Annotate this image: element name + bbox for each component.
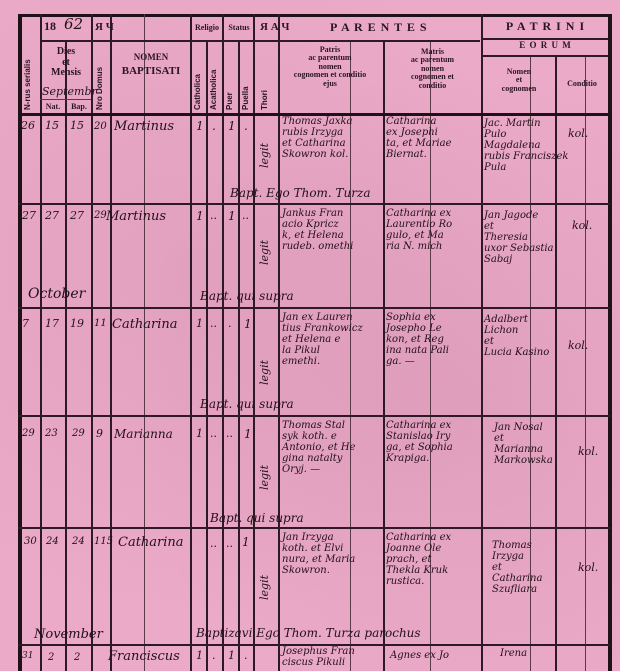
father-info: Jan Irzyga koth. et Elvi nura, et Maria … bbox=[282, 532, 355, 576]
baptisati-label: BAPTISATI bbox=[112, 66, 190, 78]
serial-number: 30 bbox=[24, 536, 37, 547]
catholica-label: Catholica bbox=[193, 72, 202, 110]
birth-day: 23 bbox=[45, 428, 58, 439]
row-separator bbox=[18, 307, 610, 309]
patrini-nomen-label: Nomen et cognomen bbox=[483, 68, 555, 93]
thori-legit: legit bbox=[258, 345, 271, 385]
house-number: 20 bbox=[94, 121, 107, 132]
month-september: Septembr bbox=[42, 86, 97, 98]
baptism-note: Bapt. qui supra bbox=[210, 512, 304, 525]
baptism-day: 19 bbox=[70, 318, 84, 330]
header-cyrillic-left: Я Ч bbox=[95, 22, 114, 34]
month-label: November bbox=[34, 628, 103, 642]
acatholica-label: Acatholica bbox=[209, 66, 218, 110]
baptism-register-page: 18 62 Я Ч Dies et Mensis Septembr Nat. B… bbox=[0, 0, 620, 671]
col-divider bbox=[206, 40, 208, 671]
child-name: Franciscus bbox=[108, 650, 180, 664]
godparent-condition: kol. bbox=[568, 340, 588, 352]
serial-number: 26 bbox=[21, 120, 35, 132]
year-handwritten: 62 bbox=[64, 16, 83, 33]
baptism-note: Baptizavi Ego Thom. Turza parochus bbox=[196, 627, 421, 640]
nomen-label: NOMEN bbox=[112, 53, 190, 62]
year-prefix: 18 bbox=[44, 20, 56, 33]
godparents-names: Jan Jagode et Theresia uxor Sebastia Sab… bbox=[484, 210, 554, 265]
house-number: 11 bbox=[94, 318, 107, 329]
godparent-condition: kol. bbox=[578, 446, 598, 458]
puer-mark: 1 bbox=[228, 210, 236, 223]
month-label: October bbox=[28, 287, 85, 302]
nat-label: Nat. bbox=[42, 103, 64, 111]
puella-mark: 1 bbox=[244, 428, 252, 441]
catholica-mark: 1 bbox=[196, 120, 204, 133]
baptism-note: Bapt. qui supra bbox=[200, 290, 294, 303]
birth-day: 2 bbox=[48, 652, 54, 663]
thori-label: Thori bbox=[260, 86, 269, 110]
puer-mark: .. bbox=[226, 428, 233, 440]
birth-day: 17 bbox=[45, 318, 59, 330]
catholica-mark: 1 bbox=[196, 428, 203, 440]
baptism-day: 27 bbox=[70, 210, 84, 222]
status-label: Status bbox=[224, 24, 254, 32]
header-row-divider bbox=[481, 55, 608, 57]
col-divider bbox=[383, 40, 385, 671]
catholica-mark: 1 bbox=[196, 210, 204, 223]
col-divider bbox=[585, 55, 586, 671]
col-divider bbox=[238, 40, 240, 671]
catholica-mark: 1 bbox=[196, 650, 203, 662]
puer-mark: 1 bbox=[228, 120, 236, 133]
father-info: Jan ex Lauren tius Frankowicz et Helena … bbox=[282, 312, 363, 367]
acatholica-mark: .. bbox=[210, 210, 217, 222]
patrini-heading: P A T R I N I bbox=[483, 20, 608, 33]
parentes-cyrillic: Я А Ч bbox=[260, 22, 289, 34]
puella-mark: . bbox=[244, 650, 248, 662]
acatholica-mark: .. bbox=[210, 538, 217, 550]
puer-mark: .. bbox=[226, 538, 233, 550]
acatholica-mark: . bbox=[212, 120, 216, 133]
child-name: Catharina bbox=[112, 318, 178, 332]
acatholica-mark: .. bbox=[210, 428, 217, 440]
bap-label: Bap. bbox=[67, 103, 91, 111]
puella-mark: 1 bbox=[244, 318, 252, 331]
godparent-condition: kol. bbox=[568, 128, 588, 140]
parentes-heading: P A R E N T E S bbox=[330, 21, 428, 34]
catholica-mark: 1 bbox=[196, 318, 203, 330]
baptism-day: 29 bbox=[72, 428, 85, 439]
thori-legit: legit bbox=[258, 560, 271, 600]
baptism-day: 15 bbox=[70, 120, 84, 132]
puer-label: Puer bbox=[225, 88, 234, 110]
patrini-conditio-label: Conditio bbox=[556, 80, 608, 88]
religio-label: Religio bbox=[192, 24, 222, 32]
thori-legit: legit bbox=[258, 225, 271, 265]
thori-legit: legit bbox=[258, 128, 271, 168]
mother-info: Agnes ex Jo bbox=[390, 650, 449, 661]
row-separator bbox=[18, 203, 610, 205]
baptism-day: 24 bbox=[72, 536, 85, 547]
baptism-day: 2 bbox=[74, 652, 80, 663]
serial-number: 31 bbox=[22, 652, 33, 662]
serial-number: 7 bbox=[22, 318, 29, 330]
puella-mark: . bbox=[244, 120, 248, 133]
child-name: Marianna bbox=[114, 428, 173, 441]
thori-legit: legit bbox=[258, 450, 271, 490]
puella-mark: .. bbox=[242, 210, 249, 222]
mother-info: Sophia ex Josepho Le kon, et Reg ina nat… bbox=[386, 312, 449, 367]
acatholica-mark: . bbox=[212, 650, 216, 662]
matris-label: Matris ac parentum nomen cognomen et con… bbox=[385, 48, 480, 90]
godparents-names: Irena bbox=[500, 648, 527, 659]
row-separator bbox=[18, 415, 610, 417]
birth-day: 15 bbox=[45, 120, 59, 132]
child-name: Catharina bbox=[118, 536, 184, 550]
father-info: Josephus Fran ciscus Pikuli bbox=[282, 646, 355, 668]
patris-label: Patris ac parentum nomen cognomen et con… bbox=[280, 46, 380, 88]
mother-info: Catharina ex Josephi ta, et Mariae Biern… bbox=[386, 116, 452, 160]
house-number: 115 bbox=[94, 536, 113, 547]
godparents-names: Jan Nosal et Marianna Markowska bbox=[494, 422, 553, 466]
table-top-border bbox=[18, 14, 612, 17]
header-row-divider bbox=[40, 99, 91, 100]
row-separator bbox=[18, 527, 610, 529]
baptism-note: Bapt. Ego Thom. Turza bbox=[230, 187, 371, 200]
puella-mark: 1 bbox=[242, 536, 250, 549]
godparent-condition: kol. bbox=[572, 220, 592, 232]
serial-number: 27 bbox=[22, 210, 36, 222]
col-divider bbox=[65, 40, 67, 671]
header-row-divider bbox=[40, 40, 480, 42]
dies-et-mensis-label: Dies et Mensis bbox=[45, 47, 87, 79]
mother-info: Catharina ex Stanislao Iry ga, et Sophia… bbox=[386, 420, 453, 464]
godparent-condition: kol. bbox=[578, 562, 598, 574]
godparents-names: Thomas Irzyga et Catharina Szufliara bbox=[492, 540, 542, 595]
child-name: Martinus bbox=[114, 120, 174, 134]
nro-serialis-label: N-rus serialis bbox=[23, 50, 32, 110]
father-info: Jankus Fran acio Kpricz k, et Helena rud… bbox=[282, 208, 353, 252]
godparents-names: Jac. Martin Pulo Magdalena rubis Francis… bbox=[484, 118, 568, 173]
puella-label: Puella bbox=[241, 84, 250, 110]
puer-mark: 1 bbox=[228, 650, 235, 662]
puer-mark: . bbox=[228, 318, 232, 330]
eorum-label: E O R U M bbox=[483, 41, 608, 50]
birth-day: 24 bbox=[46, 536, 59, 547]
mother-info: Catharina ex Laurentio Ro gulo, et Ma ri… bbox=[386, 208, 452, 252]
house-number: 29 bbox=[94, 210, 107, 221]
child-name: Martinus bbox=[106, 210, 166, 224]
father-info: Thomas Stal syk koth. e Antonio, et He g… bbox=[282, 420, 355, 475]
father-info: Thomas Jaxka rubis Irzyga et Catharina S… bbox=[282, 116, 353, 160]
serial-number: 29 bbox=[22, 428, 35, 439]
house-number: 9 bbox=[96, 428, 103, 440]
birth-day: 27 bbox=[45, 210, 59, 222]
nro-domus-label: Nro Domus bbox=[95, 55, 104, 110]
godparents-names: Adalbert Lichon et Lucia Kasino bbox=[484, 314, 549, 358]
baptism-note: Bapt. qui supra bbox=[200, 398, 294, 411]
mother-info: Catharina ex Joanne Ole prach, et Thekla… bbox=[386, 532, 451, 587]
acatholica-mark: .. bbox=[210, 318, 217, 330]
